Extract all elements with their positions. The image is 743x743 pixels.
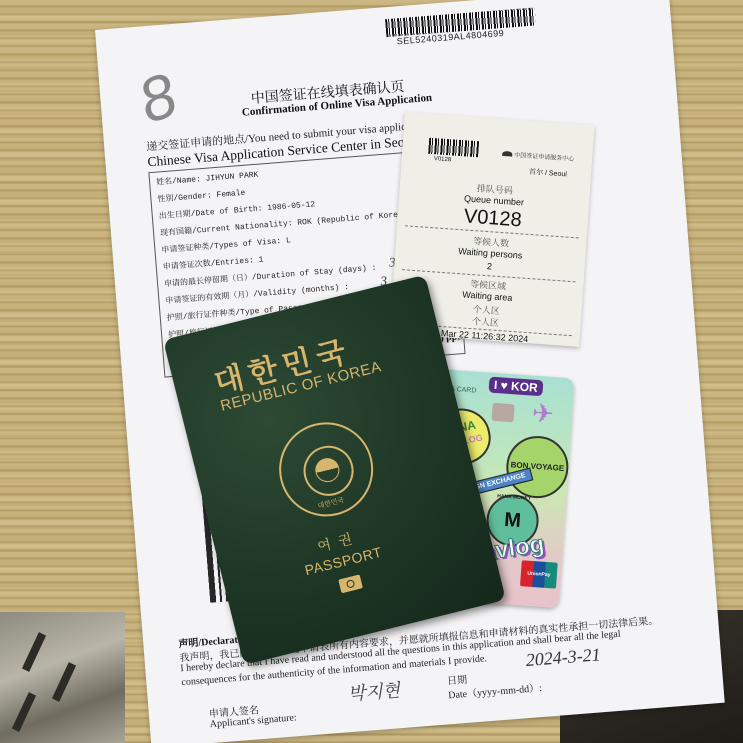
field-visa-type: 申请签证种类/Types of Visa: L (161, 234, 291, 255)
cloth-pattern (12, 692, 36, 732)
biometric-chip-icon (338, 574, 363, 593)
cloth-background (0, 612, 125, 743)
airplane-icon: ✈ (531, 398, 555, 430)
ticket-city: 首尔 / Seoul (529, 167, 567, 180)
logo-icon (502, 151, 512, 157)
field-name: 姓名/Name: JIHYUN PARK (156, 169, 259, 188)
ticket-barcode (428, 138, 479, 157)
card-chip-icon (491, 403, 514, 422)
emblem-label: 대한민국 (317, 495, 346, 511)
org-name: 中国签证申请服务中心 (514, 153, 574, 163)
center-logo: 中国签证申请服务中心 (502, 149, 574, 163)
money-label: HANA MONEY (490, 489, 539, 506)
ticket-barcode-text: V0128 (434, 156, 452, 163)
cloth-pattern (22, 632, 46, 672)
unionpay-logo: UnionPay (520, 560, 558, 588)
field-entries: 申请签证次数/Entries: 1 (162, 254, 263, 273)
date-value: 2024-3-21 (525, 644, 601, 671)
handwritten-number: 8 (130, 60, 186, 138)
applicant-signature: 박지현 (347, 676, 401, 706)
sticker-i-love-kor: I ♥ KOR (488, 377, 543, 397)
cloth-pattern (52, 662, 76, 702)
national-emblem-icon: 대한민국 (269, 412, 383, 526)
money-letter: M (503, 509, 521, 532)
field-gender: 性别/Gender: Female (157, 187, 246, 205)
